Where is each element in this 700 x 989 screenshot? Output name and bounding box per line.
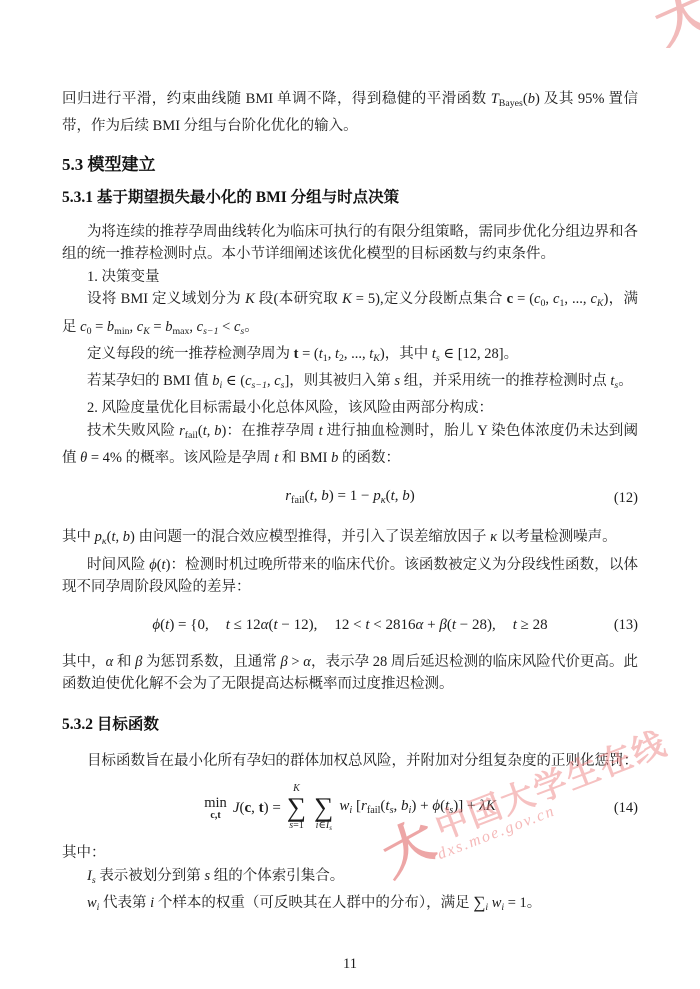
- equation-13-body: ϕ(t) = {0,t ≤ 12α(t − 12),12 < t < 2816α…: [152, 613, 547, 637]
- paragraph-bmi-partition: 设将 BMI 定义域划分为 K 段(本研究取 K = 5),定义分段断点集合 c…: [62, 288, 638, 343]
- equation-14-body: min c,t J(c, t) = K ∑ s=1 ∑ i∈Is wi [rfa…: [204, 784, 495, 832]
- weighted-risk-terms: wi [rfail(ts, bi) + ϕ(ts)] + λK: [339, 794, 495, 823]
- paragraph-intro: 为将连续的推荐孕周曲线转化为临床可执行的有限分组策略，需同步优化分组边界和各组的…: [62, 221, 638, 266]
- section-heading-5-3: 5.3 模型建立: [62, 154, 638, 176]
- sigma-icon: ∑: [314, 795, 333, 821]
- subsection-heading-5-3-1: 5.3.1 基于期望损失最小化的 BMI 分组与时点决策: [62, 187, 638, 209]
- sum-over-individuals: ∑ i∈Is: [314, 784, 333, 832]
- watermark-fragment-top-right: 大: [654, 0, 700, 48]
- paragraph-test-week-vector: 定义每段的统一推荐检测孕周为 t = (t1, t2, ..., tK)，其中 …: [62, 343, 638, 370]
- equation-14: min c,t J(c, t) = K ∑ s=1 ∑ i∈Is wi [rfa…: [62, 784, 638, 832]
- sum-over-groups: K ∑ s=1: [287, 784, 306, 832]
- paragraph-risk-measure-label: 2. 风险度量优化目标需最小化总体风险，该风险由两部分构成：: [62, 397, 638, 420]
- sigma-icon: ∑: [287, 795, 306, 821]
- paragraph-where-label: 其中：: [62, 842, 638, 865]
- watermark-logo-icon: 大: [654, 0, 700, 48]
- page-content: 回归进行平滑，约束曲线随 BMI 单调不降，得到稳健的平滑函数 TBayes(b…: [62, 88, 638, 919]
- subsection-heading-5-3-2: 5.3.2 目标函数: [62, 714, 638, 736]
- paragraph-technical-failure-risk: 技术失败风险 rfail(t, b)：在推荐孕周 t 进行抽血检测时，胎儿 Y …: [62, 420, 638, 470]
- page-number: 11: [0, 956, 700, 973]
- document-page: 回归进行平滑，约束曲线随 BMI 单调不降，得到稳健的平滑函数 TBayes(b…: [0, 0, 700, 989]
- paragraph-decision-variables-label: 1. 决策变量: [62, 266, 638, 289]
- equation-14-number: (14): [614, 796, 638, 820]
- paragraph-smoothing-conclusion: 回归进行平滑，约束曲线随 BMI 单调不降，得到稳健的平滑函数 TBayes(b…: [62, 88, 638, 138]
- min-operator: min c,t: [204, 796, 227, 822]
- paragraph-index-set-definition: Is 表示被划分到第 s 组的个体索引集合。: [62, 865, 638, 892]
- equation-13: ϕ(t) = {0,t ≤ 12α(t − 12),12 < t < 2816α…: [62, 613, 638, 637]
- paragraph-objective-intro: 目标函数旨在最小化所有孕妇的群体加权总风险，并附加对分组复杂度的正则化惩罚：: [62, 750, 638, 773]
- equation-12-body: rfail(t, b) = 1 − pκ(t, b): [285, 484, 415, 513]
- paragraph-time-risk: 时间风险 ϕ(t)：检测时机过晚所带来的临床代价。该函数被定义为分段线性函数，以…: [62, 554, 638, 599]
- equation-13-number: (13): [614, 613, 638, 637]
- paragraph-pk-explanation: 其中 pκ(t, b) 由问题一的混合效应模型推得，并引入了误差缩放因子 κ 以…: [62, 526, 638, 553]
- paragraph-penalty-coefficients: 其中，α 和 β 为惩罚系数，且通常 β > α，表示孕 28 周后延迟检测的临…: [62, 651, 638, 696]
- paragraph-weight-definition: wi 代表第 i 个样本的权重（可反映其在人群中的分布），满足 ∑i wi = …: [62, 892, 638, 919]
- equation-12: rfail(t, b) = 1 − pκ(t, b) (12): [62, 484, 638, 513]
- equation-12-number: (12): [614, 486, 638, 510]
- objective-function: J(c, t) =: [233, 796, 281, 820]
- paragraph-group-assignment: 若某孕妇的 BMI 值 bi ∈ (cs−1, cs]，则其被归入第 s 组，并…: [62, 370, 638, 397]
